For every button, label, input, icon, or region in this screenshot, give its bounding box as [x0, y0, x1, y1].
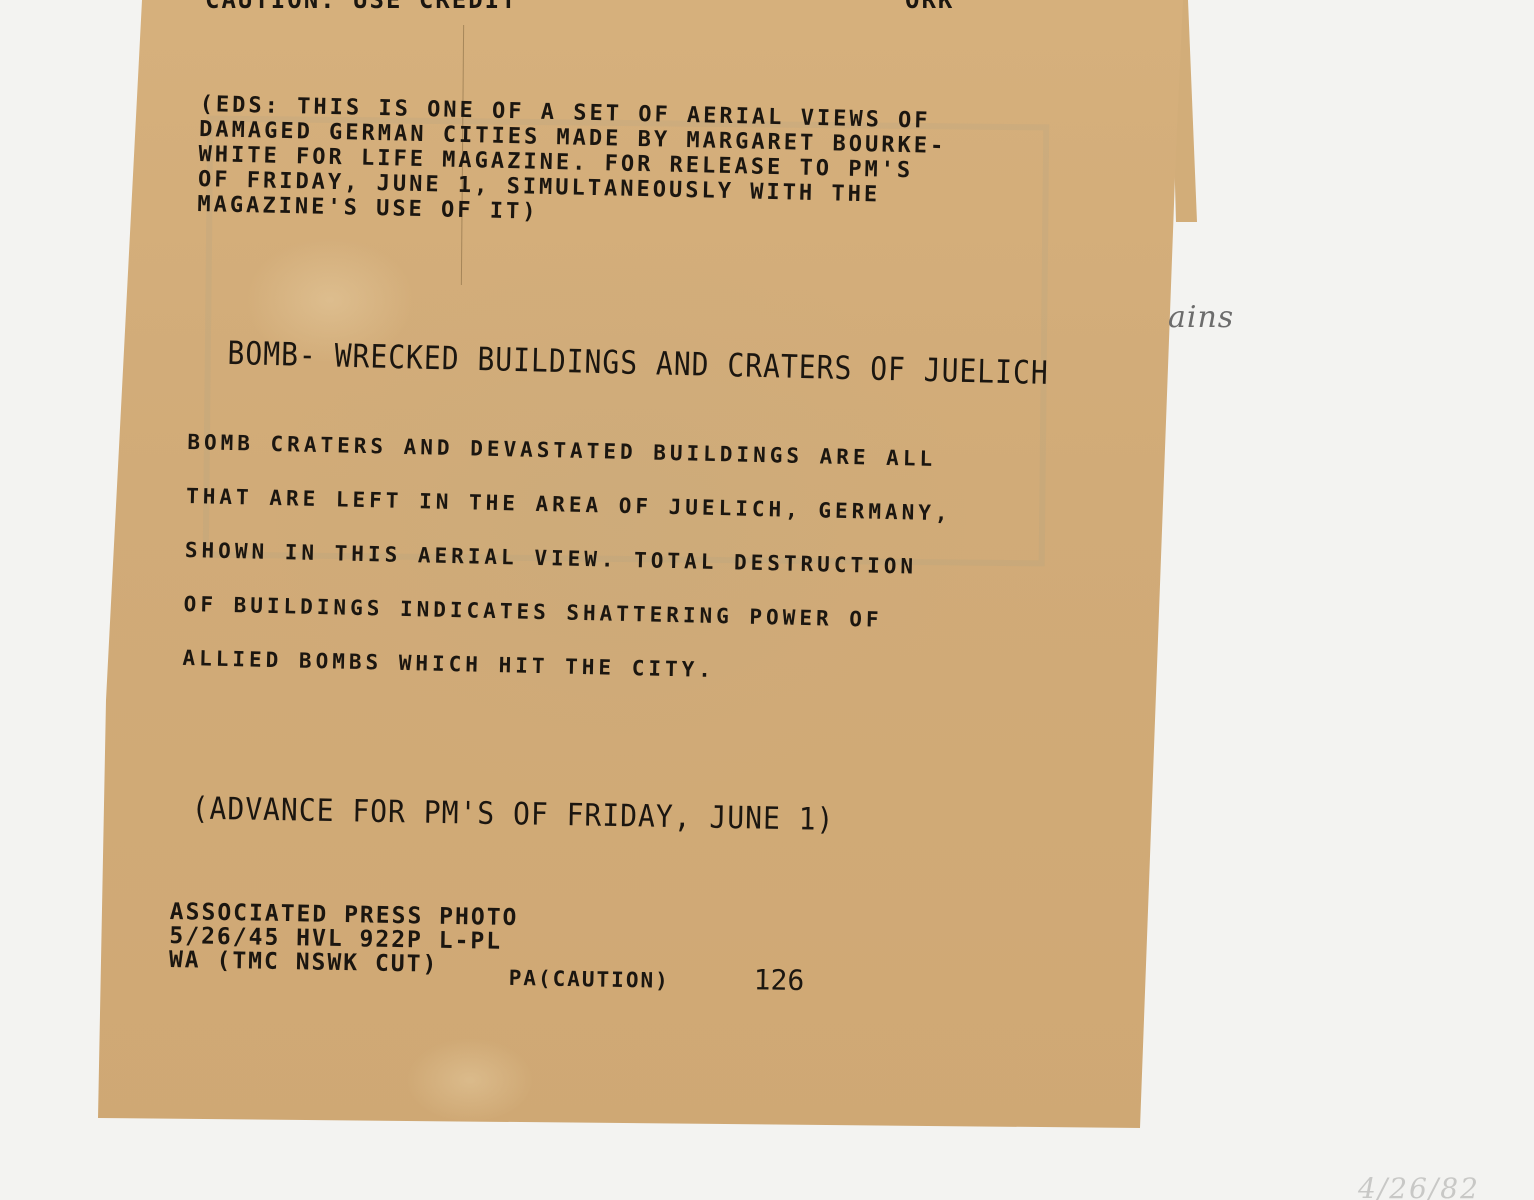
slip-number: 126	[753, 968, 804, 993]
scanned-page: CAUTION: USE CREDIT ORK (EDS: THIS IS ON…	[0, 0, 1534, 1200]
cut-off-caution-line: CAUTION: USE CREDIT	[205, 0, 518, 14]
caption-body: BOMB CRATERS AND DEVASTATED BUILDINGS AR…	[182, 415, 954, 702]
caution-label: PA(CAUTION)	[508, 966, 669, 993]
editors-note: (EDS: THIS IS ONE OF A SET OF AERIAL VIE…	[197, 92, 947, 234]
routing-text: WA (TMC NSWK CUT)	[169, 947, 439, 978]
caption-slip: CAUTION: USE CREDIT ORK (EDS: THIS IS ON…	[0, 0, 1534, 1200]
advance-note: (ADVANCE FOR PM'S OF FRIDAY, JUNE 1)	[191, 790, 834, 838]
routing-line: WA (TMC NSWK CUT) PA(CAUTION) 126	[169, 948, 518, 978]
credit-block: ASSOCIATED PRESS PHOTO 5/26/45 HVL 922P …	[169, 900, 519, 978]
cut-off-caution-line-right: ORK	[905, 0, 954, 14]
handwritten-margin-note: ains	[1168, 300, 1234, 335]
handwritten-catalog-id: 4/26/82	[1358, 1172, 1480, 1200]
